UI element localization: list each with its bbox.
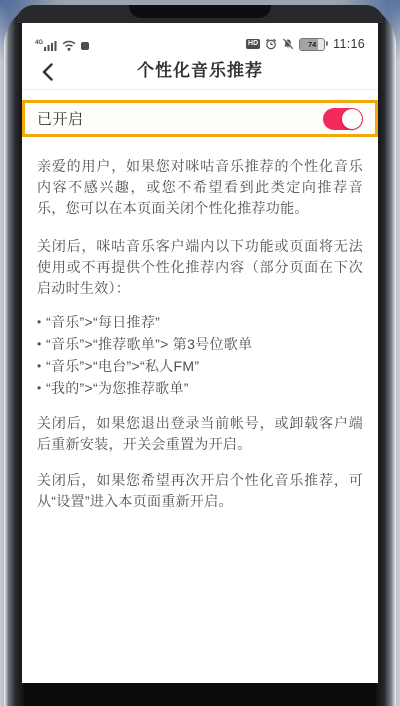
signal-bars-icon [44, 40, 57, 51]
list-item-text: “音乐”>“电台”>“私人FM” [46, 355, 199, 377]
battery-icon: 74 [299, 38, 325, 51]
app-header: 个性化音乐推荐 [22, 54, 378, 90]
reenable-note-paragraph: 关闭后，如果您希望再次开启个性化音乐推荐，可从“设置”进入本页面重新开启。 [37, 470, 363, 512]
affected-features-list: • “音乐”>“每日推荐” • “音乐”>“推荐歌单”> 第3号位歌单 • “音… [37, 311, 363, 399]
status-bar: 4G [22, 23, 378, 54]
intro-paragraph: 亲爱的用户，如果您对咪咕音乐推荐的个性化音乐内容不感兴趣，或您不希望看到此类定向… [37, 156, 363, 219]
enabled-toggle-row[interactable]: 已开启 [22, 100, 378, 137]
list-item: • “我的”>“为您推荐歌单” [37, 377, 363, 399]
background: 4G [0, 0, 400, 706]
list-item: • “音乐”>“每日推荐” [37, 311, 363, 333]
list-item-text: “音乐”>“每日推荐” [46, 311, 160, 333]
battery-percent: 74 [308, 40, 316, 49]
bullet-dot: • [37, 333, 46, 355]
back-button[interactable] [32, 57, 62, 87]
phone-notch [129, 5, 271, 18]
hd-voice-icon: HD [246, 39, 260, 49]
toggle-knob [342, 109, 362, 129]
square-status-icon [81, 42, 89, 50]
personalization-toggle[interactable] [323, 108, 363, 130]
mute-bell-icon [282, 38, 294, 50]
bullet-dot: • [37, 311, 46, 333]
page-content: 亲爱的用户，如果您对咪咕音乐推荐的个性化音乐内容不感兴趣，或您不希望看到此类定向… [22, 156, 378, 512]
status-bar-left: 4G [35, 40, 89, 51]
signal-strength-icon: 4G [35, 40, 57, 51]
phone-screen: 4G [22, 23, 378, 683]
page-title: 个性化音乐推荐 [22, 54, 378, 87]
back-chevron-icon [42, 63, 53, 81]
wifi-icon [62, 40, 76, 51]
toggle-state-label: 已开启 [37, 108, 84, 129]
bullet-dot: • [37, 377, 46, 399]
status-time: 11:16 [333, 37, 365, 51]
status-bar-right: HD 74 11 [246, 37, 365, 51]
network-type-badge: 4G [35, 40, 43, 46]
bullet-dot: • [37, 355, 46, 377]
list-item-text: “音乐”>“推荐歌单”> 第3号位歌单 [46, 333, 252, 355]
list-item-text: “我的”>“为您推荐歌单” [46, 377, 189, 399]
list-item: • “音乐”>“推荐歌单”> 第3号位歌单 [37, 333, 363, 355]
alarm-clock-icon [265, 38, 277, 50]
list-item: • “音乐”>“电台”>“私人FM” [37, 355, 363, 377]
phone-frame: 4G [4, 5, 396, 706]
disable-effect-paragraph: 关闭后，咪咕音乐客户端内以下功能或页面将无法使用或不再提供个性化推荐内容（部分页… [37, 236, 363, 299]
reset-note-paragraph: 关闭后，如果您退出登录当前帐号，或卸载客户端后重新安装，开关会重置为开启。 [37, 413, 363, 455]
